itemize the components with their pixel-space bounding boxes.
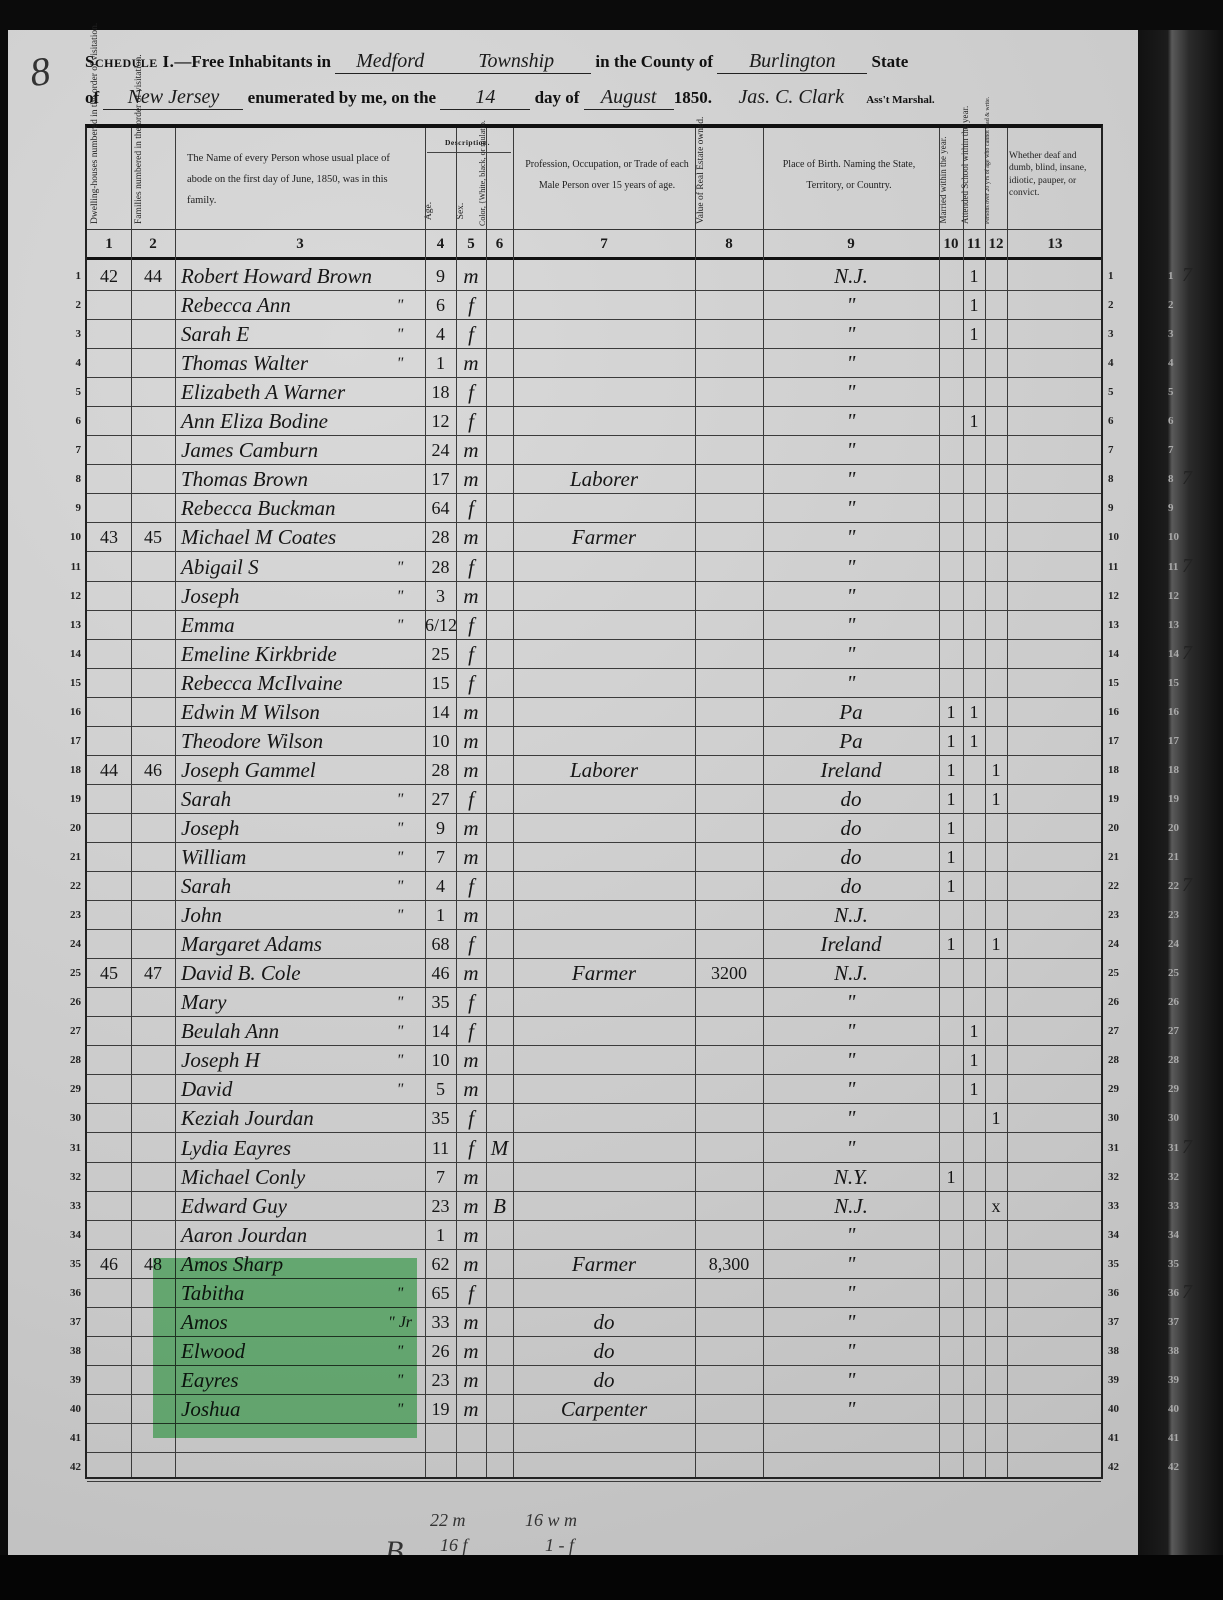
cell-married — [939, 494, 963, 522]
cell-birthplace: " — [763, 1395, 939, 1423]
cell-illiterate — [985, 1075, 1007, 1103]
line-number-left: 26 — [55, 996, 81, 1008]
cell-birthplace: " — [763, 1075, 939, 1103]
line-number-right: 18 — [1108, 764, 1130, 776]
line-number-left: 20 — [55, 822, 81, 834]
cell-condition — [1007, 1250, 1103, 1278]
adjacent-page-line-number: 8 — [1168, 473, 1174, 485]
footer-tally-white-males: 16 w m — [525, 1510, 577, 1531]
cell-married — [939, 291, 963, 319]
line-number-left: 7 — [55, 444, 81, 456]
table-row: Emma"6/12f" — [87, 611, 1101, 640]
adjacent-page-line-number: 7 — [1168, 444, 1174, 456]
cell-birthplace: do — [763, 843, 939, 871]
cell-real-estate — [695, 814, 763, 842]
scan-bottom-edge — [0, 1555, 1223, 1600]
cell-color — [486, 727, 513, 755]
line-number-left: 40 — [55, 1403, 81, 1415]
adjacent-page-line-number: 17 — [1168, 735, 1179, 747]
cell-condition — [1007, 930, 1103, 958]
cell-sex: m — [456, 1308, 486, 1336]
cell-color — [486, 1017, 513, 1045]
cell-real-estate — [695, 843, 763, 871]
line-number-right: 34 — [1108, 1229, 1130, 1241]
line-number-right: 35 — [1108, 1258, 1130, 1270]
cell-school: 1 — [963, 1017, 985, 1045]
cell-color — [486, 1163, 513, 1191]
cell-dwelling — [87, 1337, 131, 1365]
cell-occupation: Laborer — [513, 756, 695, 784]
cell-color — [486, 320, 513, 348]
cell-real-estate — [695, 930, 763, 958]
cell-age: 4 — [425, 872, 456, 900]
cell-sex — [456, 1424, 486, 1452]
cell-illiterate — [985, 1453, 1007, 1481]
line-number-left: 17 — [55, 735, 81, 747]
cell-name: Rebecca McIlvaine — [181, 669, 391, 697]
cell-family — [131, 669, 175, 697]
cell-age: 19 — [425, 1395, 456, 1423]
cell-illiterate — [985, 727, 1007, 755]
cell-name: Amos Sharp — [181, 1250, 391, 1278]
line-number-right: 37 — [1108, 1316, 1130, 1328]
cell-sex: f — [456, 1279, 486, 1307]
cell-name: Michael Conly — [181, 1163, 391, 1191]
cell-family: 47 — [131, 959, 175, 987]
cell-age: 6 — [425, 291, 456, 319]
cell-name: Theodore Wilson — [181, 727, 391, 755]
cell-age: 9 — [425, 814, 456, 842]
cell-ditto — [377, 436, 423, 464]
cell-family — [131, 814, 175, 842]
cell-color — [486, 465, 513, 493]
cell-school — [963, 553, 985, 581]
cell-married: 1 — [939, 930, 963, 958]
cell-family — [131, 1453, 175, 1481]
col-num-11: 11 — [963, 236, 985, 253]
cell-condition — [1007, 349, 1103, 377]
adjacent-page-line-number: 20 — [1168, 822, 1179, 834]
cell-occupation — [513, 698, 695, 726]
cell-married — [939, 669, 963, 697]
table-row: 4547David B. Cole46mFarmer3200N.J. — [87, 959, 1101, 988]
cell-ditto — [377, 727, 423, 755]
cell-age — [425, 1424, 456, 1452]
adjacent-page-mark: 7 — [1182, 1136, 1192, 1159]
cell-birthplace — [763, 1424, 939, 1452]
cell-name: Joshua — [181, 1395, 391, 1423]
cell-color — [486, 1366, 513, 1394]
cell-illiterate — [985, 1279, 1007, 1307]
cell-sex: f — [456, 1104, 486, 1132]
cell-sex: m — [456, 1395, 486, 1423]
cell-condition — [1007, 1163, 1103, 1191]
cell-condition — [1007, 262, 1103, 290]
cell-ditto: " Jr — [377, 1308, 423, 1336]
table-row: Edward Guy23mBN.J.x — [87, 1192, 1101, 1221]
adjacent-page-mark: 7 — [1182, 1281, 1192, 1304]
cell-birthplace: Ireland — [763, 756, 939, 784]
line-number-left: 21 — [55, 851, 81, 863]
line-number-left: 31 — [55, 1142, 81, 1154]
cell-age: 1 — [425, 349, 456, 377]
cell-family: 46 — [131, 756, 175, 784]
table-row: Amos" Jr33mdo" — [87, 1308, 1101, 1337]
cell-real-estate — [695, 872, 763, 900]
cell-school — [963, 901, 985, 929]
cell-married — [939, 1424, 963, 1452]
cell-family — [131, 1221, 175, 1249]
enumerated-label: enumerated by me, on the — [248, 88, 436, 107]
cell-illiterate — [985, 988, 1007, 1016]
cell-dwelling — [87, 1453, 131, 1481]
township-suffix: Township — [441, 50, 591, 74]
adjacent-page-line-number: 9 — [1168, 502, 1174, 514]
cell-dwelling — [87, 1221, 131, 1249]
cell-family — [131, 1163, 175, 1191]
line-number-right: 22 — [1108, 880, 1130, 892]
table-row: Keziah Jourdan35f"1 — [87, 1104, 1101, 1133]
cell-condition — [1007, 494, 1103, 522]
cell-real-estate — [695, 582, 763, 610]
cell-age: 62 — [425, 1250, 456, 1278]
cell-name: Sarah — [181, 872, 391, 900]
col-num-13: 13 — [1007, 236, 1103, 253]
cell-birthplace — [763, 1453, 939, 1481]
cell-dwelling — [87, 727, 131, 755]
cell-occupation: Farmer — [513, 523, 695, 551]
adjacent-page-line-number: 27 — [1168, 1025, 1179, 1037]
cell-birthplace: " — [763, 669, 939, 697]
cell-illiterate — [985, 1134, 1007, 1162]
cell-real-estate — [695, 727, 763, 755]
cell-family: 48 — [131, 1250, 175, 1278]
cell-married — [939, 1250, 963, 1278]
cell-color — [486, 959, 513, 987]
cell-ditto: " — [377, 1279, 423, 1307]
cell-dwelling — [87, 1017, 131, 1045]
cell-illiterate — [985, 378, 1007, 406]
cell-real-estate — [695, 611, 763, 639]
cell-married — [939, 436, 963, 464]
col-1-header: Dwelling-houses numbered in the order of… — [91, 132, 101, 224]
cell-sex: f — [456, 378, 486, 406]
cell-school — [963, 349, 985, 377]
cell-sex: m — [456, 523, 486, 551]
cell-occupation — [513, 611, 695, 639]
adjacent-page-line-number: 32 — [1168, 1171, 1179, 1183]
table-row: 4345Michael M Coates28mFarmer" — [87, 523, 1101, 552]
col-2-header: Families numbered in the order of visita… — [135, 132, 145, 224]
cell-family — [131, 1104, 175, 1132]
cell-condition — [1007, 1453, 1103, 1481]
cell-condition — [1007, 553, 1103, 581]
cell-color — [486, 872, 513, 900]
line-number-left: 16 — [55, 706, 81, 718]
cell-sex: f — [456, 1017, 486, 1045]
table-row: Aaron Jourdan1m" — [87, 1221, 1101, 1250]
cell-married — [939, 320, 963, 348]
table-row: Lydia Eayres11fM" — [87, 1134, 1101, 1163]
line-number-right: 41 — [1108, 1432, 1130, 1444]
schedule-title-line-2: of New Jersey enumerated by me, on the 1… — [85, 86, 935, 110]
cell-birthplace: " — [763, 611, 939, 639]
table-row: Rebecca McIlvaine15f" — [87, 669, 1101, 698]
table-header: Dwelling-houses numbered in the order of… — [87, 128, 1101, 230]
cell-illiterate: 1 — [985, 1104, 1007, 1132]
table-row: Sarah"4fdo1 — [87, 872, 1101, 901]
table-row — [87, 1453, 1101, 1482]
cell-color — [486, 1395, 513, 1423]
cell-birthplace: do — [763, 872, 939, 900]
cell-real-estate — [695, 756, 763, 784]
cell-occupation — [513, 901, 695, 929]
marshal-name: Jas. C. Clark — [716, 86, 866, 109]
cell-name: Abigail S — [181, 553, 391, 581]
state-label: State — [872, 52, 909, 71]
adjacent-page-line-number: 19 — [1168, 793, 1179, 805]
cell-condition — [1007, 378, 1103, 406]
line-number-left: 2 — [55, 299, 81, 311]
cell-illiterate — [985, 901, 1007, 929]
cell-age: 26 — [425, 1337, 456, 1365]
cell-ditto — [377, 465, 423, 493]
cell-dwelling — [87, 930, 131, 958]
cell-occupation — [513, 1192, 695, 1220]
table-row: Thomas Brown17mLaborer" — [87, 465, 1101, 494]
adjacent-page-line-number: 10 — [1168, 531, 1179, 543]
cell-age: 28 — [425, 756, 456, 784]
cell-illiterate — [985, 1308, 1007, 1336]
adjacent-page-line-number: 41 — [1168, 1432, 1179, 1444]
cell-sex: f — [456, 494, 486, 522]
cell-dwelling — [87, 291, 131, 319]
cell-condition — [1007, 1395, 1103, 1423]
cell-age — [425, 1453, 456, 1481]
cell-real-estate — [695, 698, 763, 726]
cell-family — [131, 1046, 175, 1074]
cell-real-estate: 3200 — [695, 959, 763, 987]
table-row: Thomas Walter"1m" — [87, 349, 1101, 378]
adjacent-page-line-number: 35 — [1168, 1258, 1179, 1270]
table-row: Elwood"26mdo" — [87, 1337, 1101, 1366]
cell-family — [131, 901, 175, 929]
cell-real-estate — [695, 465, 763, 493]
cell-birthplace: " — [763, 1134, 939, 1162]
cell-sex: f — [456, 669, 486, 697]
cell-dwelling — [87, 785, 131, 813]
cell-age: 23 — [425, 1192, 456, 1220]
col-7-header: Profession, Occupation, or Trade of each… — [519, 154, 695, 196]
cell-ditto: " — [377, 1395, 423, 1423]
adjacent-page-line-number: 36 — [1168, 1287, 1179, 1299]
cell-color: B — [486, 1192, 513, 1220]
cell-name: Emeline Kirkbride — [181, 640, 391, 668]
table-row: William"7mdo1 — [87, 843, 1101, 872]
cell-school — [963, 640, 985, 668]
cell-name: Sarah E — [181, 320, 391, 348]
cell-age: 33 — [425, 1308, 456, 1336]
line-number-left: 41 — [55, 1432, 81, 1444]
cell-family — [131, 291, 175, 319]
cell-occupation — [513, 785, 695, 813]
cell-name: Amos — [181, 1308, 391, 1336]
cell-occupation — [513, 843, 695, 871]
cell-birthplace: " — [763, 436, 939, 464]
line-number-left: 1 — [55, 270, 81, 282]
cell-school — [963, 611, 985, 639]
cell-birthplace: do — [763, 785, 939, 813]
cell-illiterate — [985, 465, 1007, 493]
col-num-3: 3 — [175, 236, 425, 253]
cell-sex: m — [456, 727, 486, 755]
cell-illiterate — [985, 1250, 1007, 1278]
adjacent-page-line-number: 16 — [1168, 706, 1179, 718]
cell-name: Joseph — [181, 582, 391, 610]
cell-illiterate — [985, 291, 1007, 319]
line-number-right: 29 — [1108, 1083, 1130, 1095]
cell-married — [939, 1453, 963, 1481]
cell-sex: m — [456, 262, 486, 290]
cell-birthplace: " — [763, 640, 939, 668]
col-num-2: 2 — [131, 236, 175, 253]
cell-occupation — [513, 1279, 695, 1307]
cell-real-estate — [695, 494, 763, 522]
table-row: Eayres"23mdo" — [87, 1366, 1101, 1395]
cell-name: Thomas Brown — [181, 465, 391, 493]
cell-sex: m — [456, 1192, 486, 1220]
cell-school — [963, 756, 985, 784]
cell-real-estate — [695, 1192, 763, 1220]
cell-occupation — [513, 727, 695, 755]
line-number-left: 29 — [55, 1083, 81, 1095]
cell-birthplace: " — [763, 1104, 939, 1132]
cell-birthplace: " — [763, 582, 939, 610]
cell-age: 3 — [425, 582, 456, 610]
cell-name: Sarah — [181, 785, 391, 813]
adjacent-page-line-number: 6 — [1168, 415, 1174, 427]
cell-married — [939, 407, 963, 435]
cell-dwelling: 43 — [87, 523, 131, 551]
line-number-left: 18 — [55, 764, 81, 776]
table-row: Sarah"27fdo11 — [87, 785, 1101, 814]
col-num-5: 5 — [456, 236, 486, 253]
cell-condition — [1007, 814, 1103, 842]
cell-ditto: " — [377, 785, 423, 813]
cell-married — [939, 553, 963, 581]
cell-sex — [456, 1453, 486, 1481]
cell-dwelling — [87, 465, 131, 493]
line-number-right: 6 — [1108, 415, 1130, 427]
cell-ditto: " — [377, 1337, 423, 1365]
cell-birthplace: N.J. — [763, 1192, 939, 1220]
cell-illiterate — [985, 814, 1007, 842]
cell-family — [131, 727, 175, 755]
cell-condition — [1007, 465, 1103, 493]
cell-illiterate — [985, 523, 1007, 551]
cell-illiterate — [985, 843, 1007, 871]
cell-birthplace: " — [763, 1308, 939, 1336]
cell-illiterate — [985, 1221, 1007, 1249]
cell-birthplace: do — [763, 814, 939, 842]
cell-dwelling: 44 — [87, 756, 131, 784]
cell-color — [486, 1453, 513, 1481]
cell-real-estate — [695, 1046, 763, 1074]
adjacent-page-line-number: 42 — [1168, 1461, 1179, 1473]
cell-birthplace: " — [763, 1046, 939, 1074]
cell-school — [963, 1279, 985, 1307]
cell-color — [486, 407, 513, 435]
cell-family — [131, 1424, 175, 1452]
cell-school — [963, 465, 985, 493]
cell-married — [939, 582, 963, 610]
cell-ditto — [377, 1453, 423, 1481]
line-number-right: 33 — [1108, 1200, 1130, 1212]
year-label: 1850. — [674, 88, 712, 107]
cell-name: John — [181, 901, 391, 929]
cell-illiterate — [985, 698, 1007, 726]
table-row: Tabitha"65f" — [87, 1279, 1101, 1308]
cell-condition — [1007, 407, 1103, 435]
cell-dwelling — [87, 611, 131, 639]
cell-birthplace: " — [763, 291, 939, 319]
cell-age: 7 — [425, 1163, 456, 1191]
cell-condition — [1007, 1279, 1103, 1307]
cell-illiterate — [985, 1163, 1007, 1191]
cell-school — [963, 1221, 985, 1249]
cell-condition — [1007, 785, 1103, 813]
cell-ditto: " — [377, 988, 423, 1016]
cell-name — [181, 1453, 391, 1481]
cell-ditto — [377, 1192, 423, 1220]
cell-sex: f — [456, 785, 486, 813]
cell-dwelling — [87, 698, 131, 726]
line-number-right: 16 — [1108, 706, 1130, 718]
cell-school — [963, 930, 985, 958]
cell-school: 1 — [963, 1046, 985, 1074]
cell-name: Emma — [181, 611, 391, 639]
adjacent-page-line-number: 3 — [1168, 328, 1174, 340]
cell-married — [939, 1192, 963, 1220]
adjacent-page-line-number: 18 — [1168, 764, 1179, 776]
cell-married — [939, 1046, 963, 1074]
adjacent-page-line-number: 22 — [1168, 880, 1179, 892]
footer-tally-males: 22 m — [430, 1510, 466, 1531]
cell-dwelling — [87, 1366, 131, 1394]
cell-sex: m — [456, 1075, 486, 1103]
adjacent-page-line-number: 37 — [1168, 1316, 1179, 1328]
cell-married — [939, 1337, 963, 1365]
cell-real-estate — [695, 1453, 763, 1481]
table-row: Michael Conly7mN.Y.1 — [87, 1163, 1101, 1192]
cell-ditto: " — [377, 1017, 423, 1045]
line-number-right: 32 — [1108, 1171, 1130, 1183]
line-number-right: 25 — [1108, 967, 1130, 979]
cell-family — [131, 1337, 175, 1365]
cell-school — [963, 814, 985, 842]
cell-married: 1 — [939, 698, 963, 726]
cell-color — [486, 1221, 513, 1249]
cell-married — [939, 1366, 963, 1394]
cell-real-estate — [695, 436, 763, 464]
cell-birthplace: " — [763, 378, 939, 406]
line-number-right: 12 — [1108, 590, 1130, 602]
table-row: Theodore Wilson10mPa11 — [87, 727, 1101, 756]
cell-name: Aaron Jourdan — [181, 1221, 391, 1249]
table-row: Joshua"19mCarpenter" — [87, 1395, 1101, 1424]
cell-sex: f — [456, 930, 486, 958]
cell-real-estate — [695, 553, 763, 581]
